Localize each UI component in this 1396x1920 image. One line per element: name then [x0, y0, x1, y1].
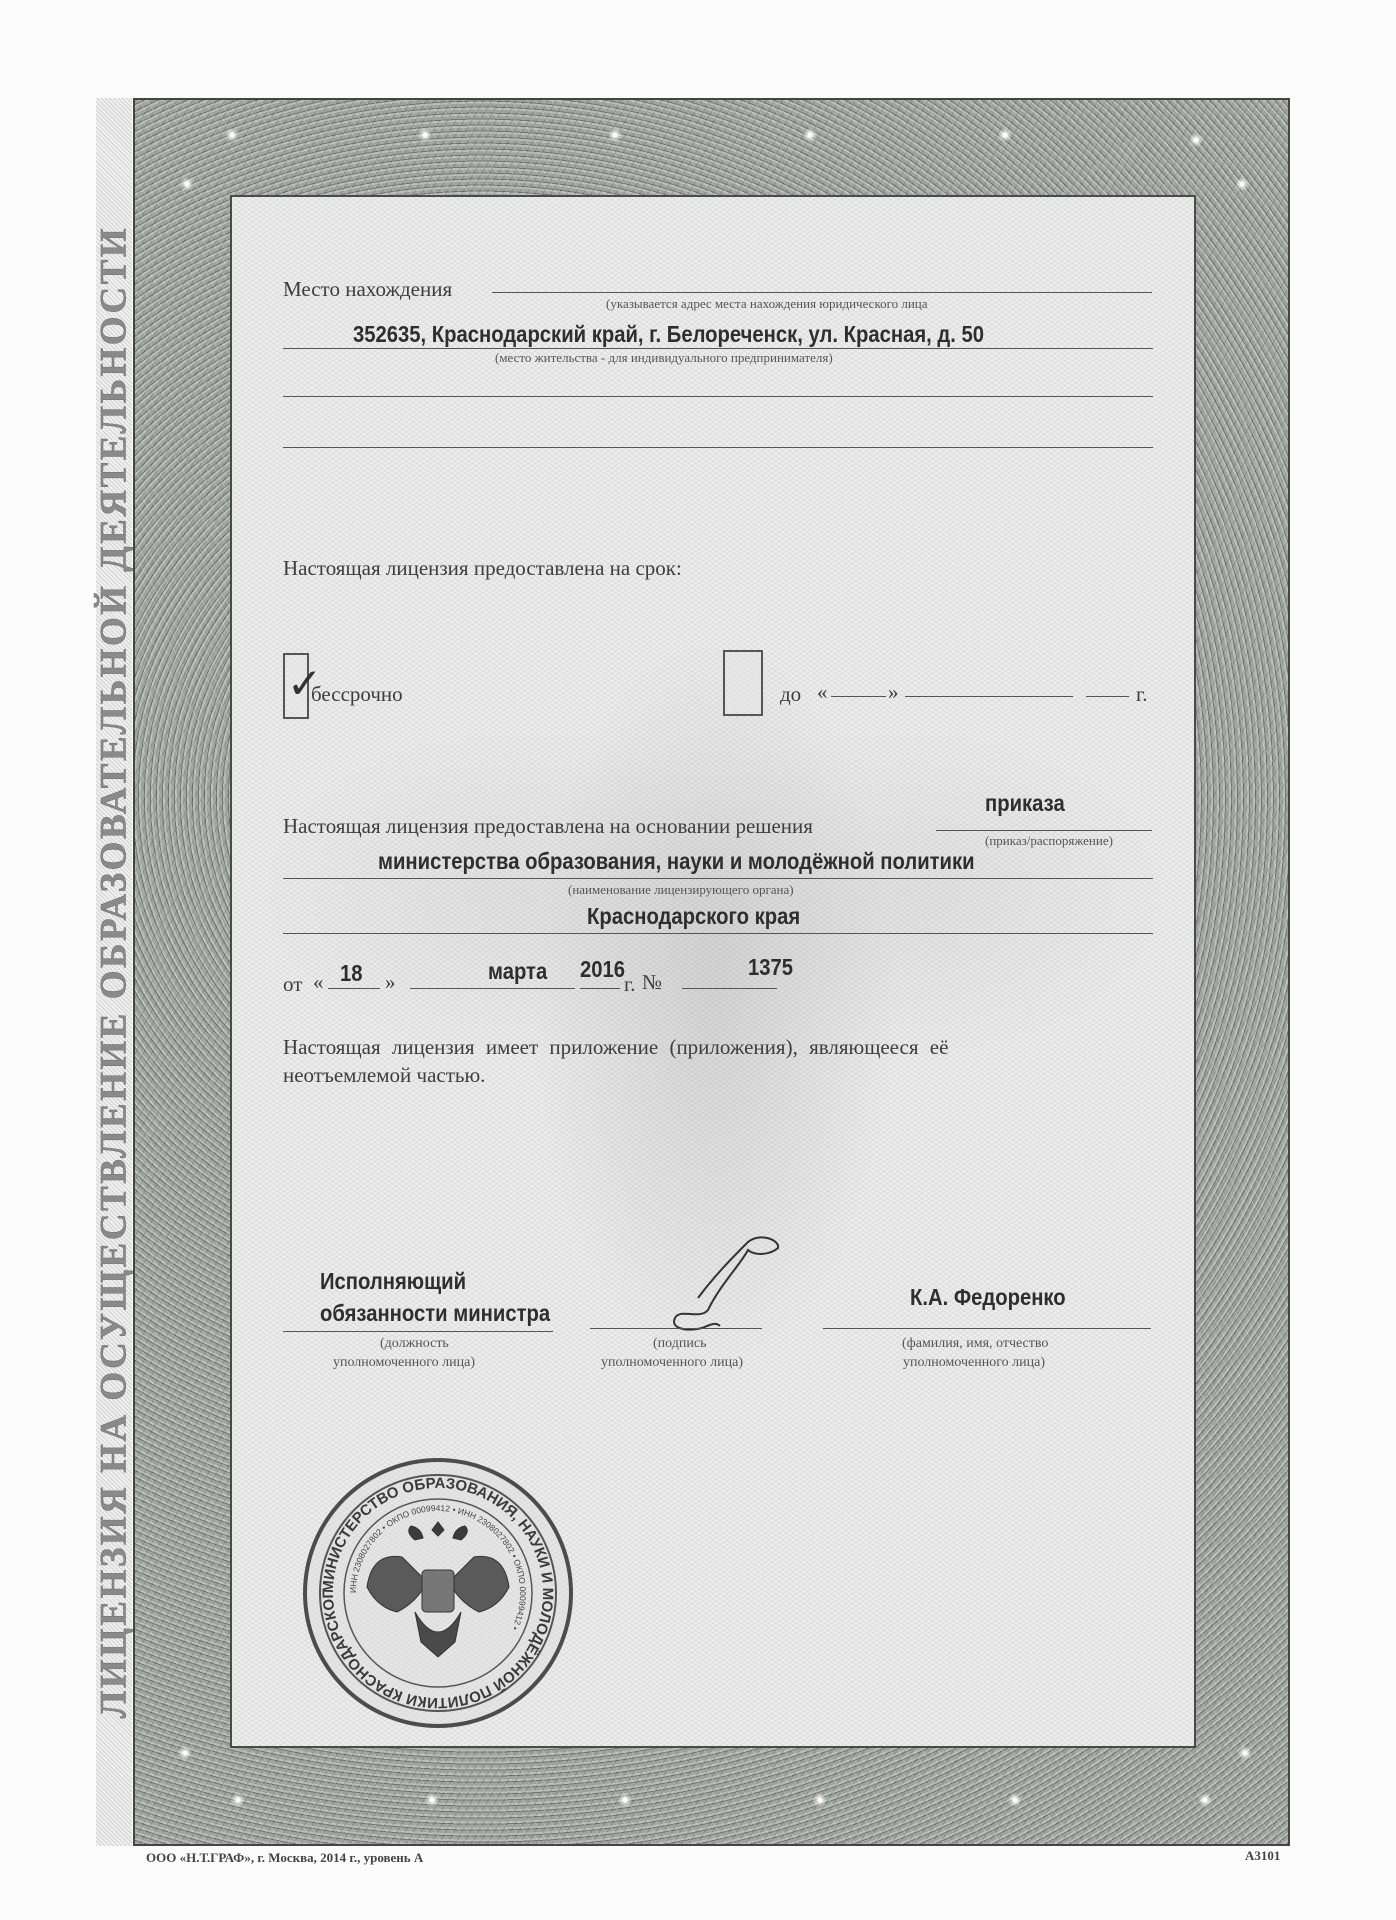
signature-hint-line2: уполномоченного лица): [601, 1355, 743, 1371]
date-day-line: [328, 988, 380, 989]
location-label: Место нахождения: [283, 277, 452, 302]
order-number: 1375: [748, 954, 793, 981]
blank-line: [283, 396, 1153, 397]
basis-label: Настоящая лицензия предоставлена на осно…: [283, 814, 813, 839]
frame-ornament-icon: [1198, 1793, 1212, 1807]
date-month: марта: [488, 958, 547, 985]
frame-ornament-icon: [1238, 1746, 1252, 1760]
position-line1: Исполняющий: [320, 1268, 466, 1295]
frame-ornament-icon: [180, 177, 194, 191]
date-year-line: [580, 988, 620, 989]
position-hint-line2: уполномоченного лица): [333, 1355, 475, 1371]
indefinite-checkbox[interactable]: ✓: [283, 653, 309, 719]
appendix-text-line2: неотъемлемой частью.: [283, 1063, 485, 1088]
frame-ornament-icon: [1235, 177, 1249, 191]
frame-ornament-icon: [178, 1746, 192, 1760]
frame-ornament-icon: [225, 128, 239, 142]
until-year-field[interactable]: [1086, 696, 1129, 697]
location-value-line: [283, 348, 1153, 349]
name-hint-line2: уполномоченного лица): [903, 1355, 1045, 1371]
authority-line1: министерства образования, науки и молодё…: [378, 848, 975, 875]
order-number-line: [682, 988, 777, 989]
frame-ornament-icon: [425, 1793, 439, 1807]
decision-type-line: [936, 830, 1152, 831]
eagle-emblem-icon: [367, 1522, 509, 1657]
until-month-field[interactable]: [905, 696, 1073, 697]
frame-ornament-icon: [231, 1793, 245, 1807]
date-year-suffix: г.: [624, 972, 636, 997]
number-sign: №: [642, 970, 662, 995]
authority-line1-rule: [283, 878, 1153, 879]
frame-ornament-icon: [803, 128, 817, 142]
frame-ornament-icon: [1008, 1793, 1022, 1807]
date-prefix: от: [283, 972, 302, 997]
official-name: К.А. Федоренко: [910, 1284, 1066, 1311]
blank-line: [283, 447, 1153, 448]
official-stamp: МИНИСТЕРСТВО ОБРАЗОВАНИЯ, НАУКИ И МОЛОДЁ…: [303, 1458, 573, 1728]
location-value: 352635, Краснодарский край, г. Белоречен…: [353, 321, 984, 348]
printer-info: ООО «Н.Т.ГРАФ», г. Москва, 2014 г., уров…: [146, 1850, 423, 1866]
frame-ornament-icon: [618, 1793, 632, 1807]
date-day: 18: [340, 960, 363, 987]
signature-icon: [620, 1220, 820, 1360]
name-line: [823, 1328, 1151, 1329]
term-label: Настоящая лицензия предоставлена на срок…: [283, 556, 682, 581]
until-quote-open: «: [817, 680, 828, 705]
until-checkbox[interactable]: [723, 650, 763, 716]
appendix-text-line1: Настоящая лицензия имеет приложение (при…: [283, 1035, 948, 1060]
until-quote-close: »: [888, 680, 899, 705]
location-line: [492, 292, 1152, 293]
decision-type-hint: (приказ/распоряжение): [985, 833, 1113, 849]
until-day-field[interactable]: [831, 696, 886, 697]
frame-ornament-icon: [418, 128, 432, 142]
authority-line2-rule: [283, 933, 1153, 934]
frame-ornament-icon: [1189, 133, 1203, 147]
decision-type-value: приказа: [985, 790, 1065, 817]
until-year-suffix: г.: [1136, 682, 1148, 707]
date-quote-close: »: [385, 970, 396, 995]
frame-ornament-icon: [813, 1793, 827, 1807]
authority-line2: Краснодарского края: [587, 903, 800, 930]
location-hint-legal: (указывается адрес места нахождения юрид…: [606, 296, 928, 312]
indefinite-label: бессрочно: [311, 682, 403, 707]
location-hint-individual: (место жительства - для индивидуального …: [495, 350, 833, 366]
position-line: [283, 1331, 553, 1332]
date-month-line: [410, 988, 575, 989]
name-hint-line1: (фамилия, имя, отчество: [902, 1336, 1048, 1352]
signature-line: [590, 1328, 762, 1329]
side-title: ЛИЦЕНЗИЯ НА ОСУЩЕСТВЛЕНИЕ ОБРАЗОВАТЕЛЬНО…: [93, 226, 136, 1718]
signature-hint-line1: (подпись: [653, 1336, 706, 1352]
date-quote-open: «: [313, 970, 324, 995]
frame-ornament-icon: [608, 128, 622, 142]
until-prefix: до: [780, 682, 801, 707]
date-year: 2016: [580, 956, 625, 983]
form-code: А3101: [1245, 1848, 1280, 1864]
authority-hint: (наименование лицензирующего органа): [568, 882, 794, 898]
frame-ornament-icon: [998, 128, 1012, 142]
position-hint-line1: (должность: [380, 1336, 449, 1352]
position-line2: обязанности министра: [320, 1300, 550, 1327]
